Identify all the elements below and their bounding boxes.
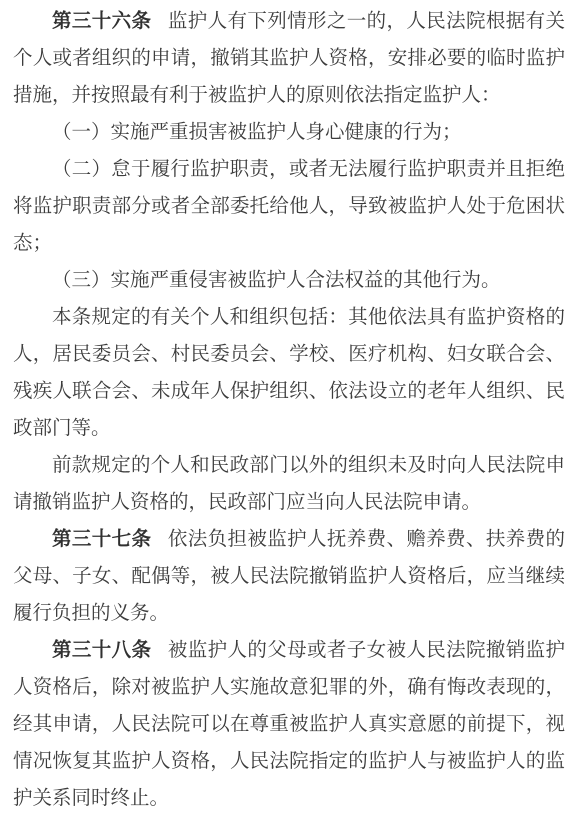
paragraph-text: 前款规定的个人和民政部门以外的组织未及时向人民法院申请撤销监护人资格的，民政部门…: [13, 455, 565, 513]
article-number: 第三十八条: [52, 640, 151, 661]
paragraph-text: （三）实施严重侵害被监护人合法权益的其他行为。: [52, 270, 501, 291]
paragraph-text: （二）怠于履行监护职责，或者无法履行监护职责并且拒绝将监护职责部分或者全部委托给…: [13, 159, 565, 254]
text-column: 第三十六条监护人有下列情形之一的，人民法院根据有关个人或者组织的申请，撤销其监护…: [13, 3, 565, 816]
paragraph-text: 被监护人的父母或者子女被人民法院撤销监护人资格后，除对被监护人实施故意犯罪的外，…: [13, 640, 565, 809]
paragraph: 第三十七条依法负担被监护人抚养费、赡养费、扶养费的父母、子女、配偶等，被人民法院…: [13, 521, 565, 632]
paragraph-text: （一）实施严重损害被监护人身心健康的行为；: [52, 122, 462, 143]
paragraph: （三）实施严重侵害被监护人合法权益的其他行为。: [13, 262, 565, 299]
paragraph: 第三十六条监护人有下列情形之一的，人民法院根据有关个人或者组织的申请，撤销其监护…: [13, 3, 565, 114]
paragraph: （一）实施严重损害被监护人身心健康的行为；: [13, 114, 565, 151]
document-page: 第三十六条监护人有下列情形之一的，人民法院根据有关个人或者组织的申请，撤销其监护…: [0, 0, 578, 816]
paragraph: （二）怠于履行监护职责，或者无法履行监护职责并且拒绝将监护职责部分或者全部委托给…: [13, 151, 565, 262]
article-number: 第三十七条: [52, 529, 151, 550]
paragraph: 第三十八条被监护人的父母或者子女被人民法院撤销监护人资格后，除对被监护人实施故意…: [13, 632, 565, 816]
paragraph: 前款规定的个人和民政部门以外的组织未及时向人民法院申请撤销监护人资格的，民政部门…: [13, 447, 565, 521]
article-number: 第三十六条: [52, 11, 151, 32]
paragraph-text: 本条规定的有关个人和组织包括：其他依法具有监护资格的人，居民委员会、村民委员会、…: [13, 307, 565, 439]
paragraph: 本条规定的有关个人和组织包括：其他依法具有监护资格的人，居民委员会、村民委员会、…: [13, 299, 565, 447]
